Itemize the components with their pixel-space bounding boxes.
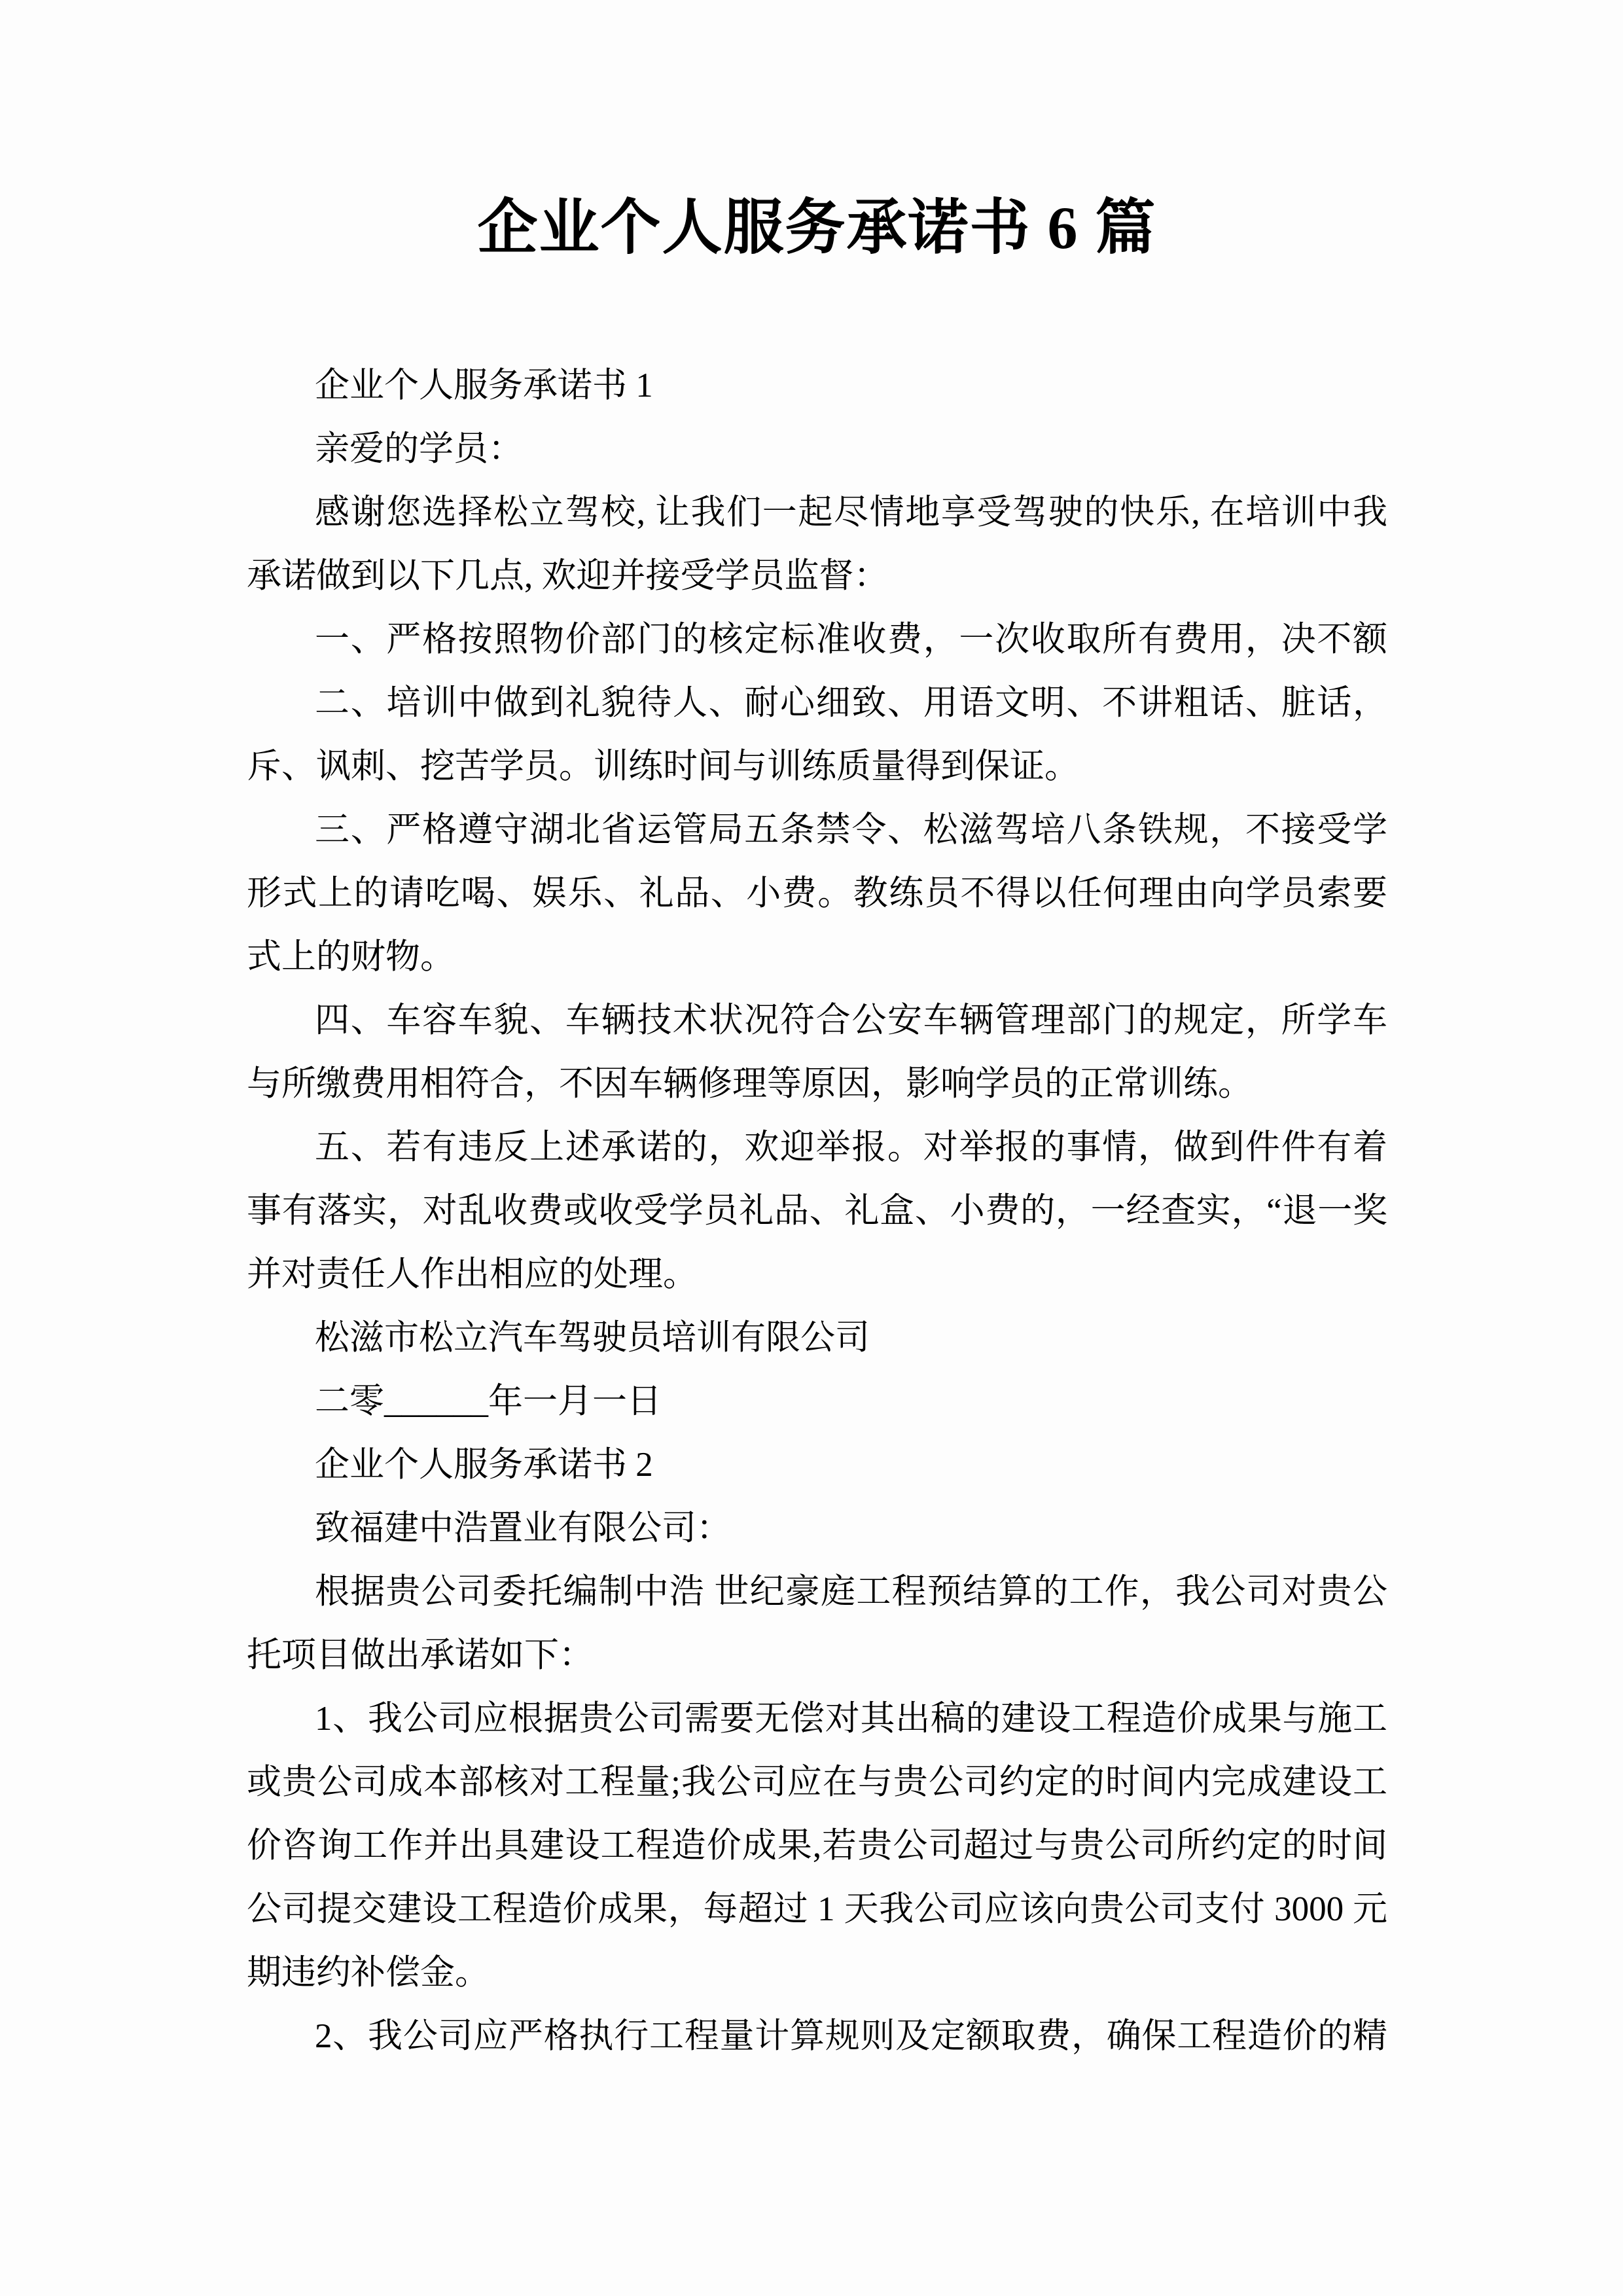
text-line: 并对责任人作出相应的处理。 [247,1243,1387,1306]
text-line: 事有落实，对乱收费或收受学员礼品、礼盒、小费的，一经查实，“退一奖一”， [247,1179,1387,1243]
text-line: 二、培训中做到礼貌待人、耐心细致、用语文明、不讲粗话、脏话，严禁训 [247,672,1387,735]
text-line: 三、严格遵守湖北省运管局五条禁令、松滋驾培八条铁规，不接受学员任何 [247,798,1387,862]
text-line: 企业个人服务承诺书 1 [247,354,1387,418]
text-line: 或贵公司成本部核对工程量;我公司应在与贵公司约定的时间内完成建设工程造 [247,1751,1387,1814]
text-line: 根据贵公司委托编制中浩 世纪豪庭工程预结算的工作，我公司对贵公司委 [247,1560,1387,1624]
text-line: 五、若有违反上述承诺的，欢迎举报。对举报的事情，做到件件有着落，事 [247,1116,1387,1179]
text-line: 形式上的请吃喝、娱乐、礼品、小费。教练员不得以任何理由向学员索要任何形 [247,862,1387,925]
text-line: 1、我公司应根据贵公司需要无偿对其出稿的建设工程造价成果与施工单位 [247,1687,1387,1751]
text-line: 公司提交建设工程造价成果，每超过 1 天我公司应该向贵公司支付 3000 元的逾 [247,1878,1387,1941]
text-line: 松滋市松立汽车驾驶员培训有限公司 [247,1306,1387,1370]
text-line: 2、我公司应严格执行工程量计算规则及定额取费，确保工程造价的精确(含 [247,2005,1387,2068]
text-line: 斥、讽刺、挖苦学员。训练时间与训练质量得到保证。 [247,735,1387,798]
text-line: 致福建中浩置业有限公司： [247,1497,1387,1560]
document-page: 企业个人服务承诺书 6 篇 企业个人服务承诺书 1亲爱的学员：感谢您选择松立驾校… [0,0,1623,2296]
text-line: 二零______年一月一日 [247,1370,1387,1433]
text-line: 感谢您选择松立驾校, 让我们一起尽情地享受驾驶的快乐, 在培训中我校将 [247,481,1387,545]
text-line: 式上的财物。 [247,925,1387,989]
text-line: 与所缴费用相符合，不因车辆修理等原因，影响学员的正常训练。 [247,1052,1387,1116]
text-line: 亲爱的学员： [247,418,1387,481]
text-line: 价咨询工作并出具建设工程造价成果,若贵公司超过与贵公司所约定的时间向贵 [247,1814,1387,1878]
document-title: 企业个人服务承诺书 6 篇 [247,185,1387,271]
text-line: 期违约补偿金。 [247,1941,1387,2005]
text-line: 一、严格按照物价部门的核定标准收费，一次收取所有费用，决不额外收费。 [247,608,1387,672]
text-line: 企业个人服务承诺书 2 [247,1433,1387,1497]
text-line: 四、车容车貌、车辆技术状况符合公安车辆管理部门的规定，所学车辆车型 [247,989,1387,1052]
text-line: 承诺做到以下几点, 欢迎并接受学员监督： [247,545,1387,608]
text-line: 托项目做出承诺如下： [247,1624,1387,1687]
document-body: 企业个人服务承诺书 1亲爱的学员：感谢您选择松立驾校, 让我们一起尽情地享受驾驶… [247,354,1387,2068]
